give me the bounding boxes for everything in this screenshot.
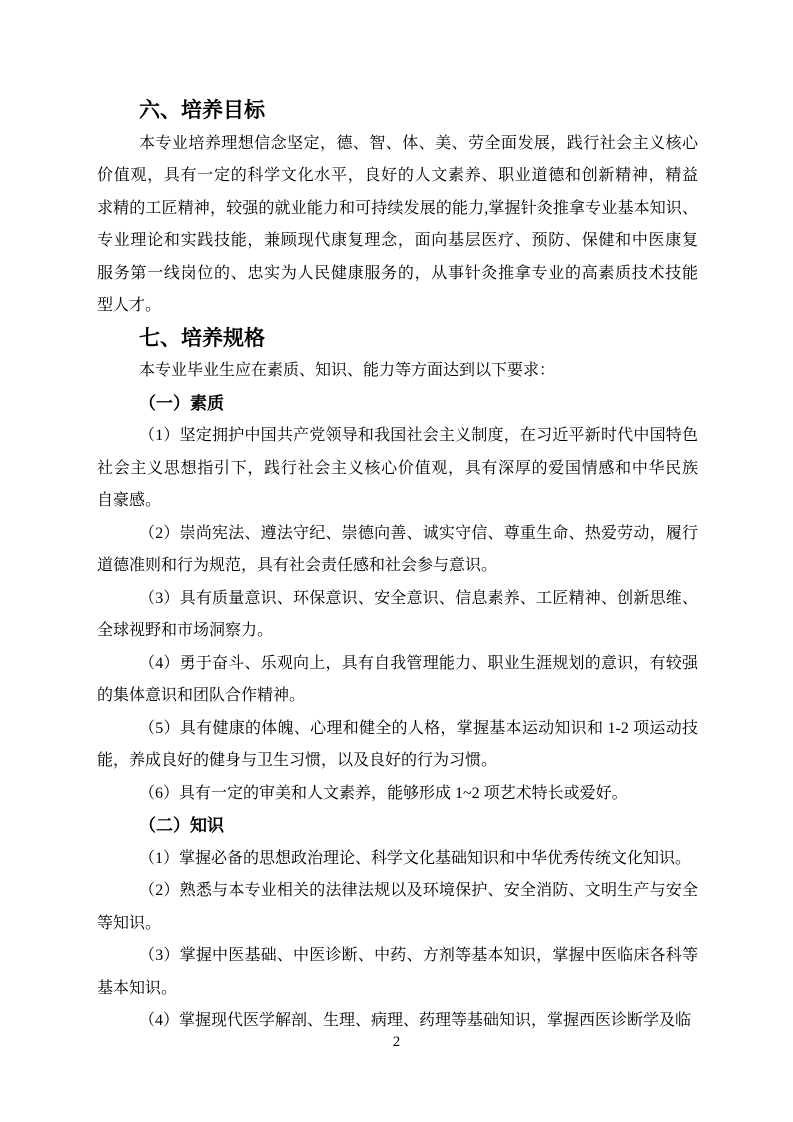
- knowledge-item-3: （3）掌握中医基础、中医诊断、中药、方剂等基本知识，掌握中医临床各科等基本知识。: [97, 940, 698, 1005]
- text-line: （6）具有一定的审美和人文素养，能够形成 1~2 项艺术特长或爱好。: [97, 778, 698, 811]
- quality-item-6: （6）具有一定的审美和人文素养，能够形成 1~2 项艺术特长或爱好。: [97, 778, 698, 811]
- text-line: 本专业毕业生应在素质、知识、能力等方面达到以下要求：: [97, 355, 698, 388]
- text-line: 社会主义思想指引下，践行社会主义核心价值观，具有深厚的爱国情感和中华民族: [97, 453, 698, 486]
- knowledge-item-1: （1）掌握必备的思想政治理论、科学文化基础知识和中华优秀传统文化知识。: [97, 843, 698, 876]
- quality-item-4: （4）勇于奋斗、乐观向上，具有自我管理能力、职业生涯规划的意识，有较强的集体意识…: [97, 648, 698, 713]
- text-line: （4）勇于奋斗、乐观向上，具有自我管理能力、职业生涯规划的意识，有较强: [97, 648, 698, 681]
- text-line: 能，养成良好的健身与卫生习惯，以及良好的行为习惯。: [97, 745, 698, 778]
- document-content: 六、培养目标 本专业培养理想信念坚定，德、智、体、美、劳全面发展，践行社会主义核…: [97, 95, 698, 1038]
- text-line: （3）具有质量意识、环保意识、安全意识、信息素养、工匠精神、创新思维、: [97, 583, 698, 616]
- text-line: 本专业培养理想信念坚定，德、智、体、美、劳全面发展，践行社会主义核心: [97, 128, 698, 161]
- quality-item-2: （2）崇尚宪法、遵法守纪、崇德向善、诚实守信、尊重生命、热爱劳动，履行道德准则和…: [97, 518, 698, 583]
- text-line: 的集体意识和团队合作精神。: [97, 680, 698, 713]
- text-line: 道德准则和行为规范，具有社会责任感和社会参与意识。: [97, 550, 698, 583]
- text-line: 专业理论和实践技能，兼顾现代康复理念，面向基层医疗、预防、保健和中医康复: [97, 225, 698, 258]
- text-line: 价值观，具有一定的科学文化水平，良好的人文素养、职业道德和创新精神，精益: [97, 160, 698, 193]
- text-line: （2）崇尚宪法、遵法守纪、崇德向善、诚实守信、尊重生命、热爱劳动，履行: [97, 518, 698, 551]
- page-number: 2: [0, 1032, 793, 1052]
- text-line: （5）具有健康的体魄、心理和健全的人格，掌握基本运动知识和 1-2 项运动技: [97, 713, 698, 746]
- paragraph-specifications-intro: 本专业毕业生应在素质、知识、能力等方面达到以下要求：: [97, 355, 698, 388]
- text-line: 基本知识。: [97, 973, 698, 1006]
- paragraph-training-objectives: 本专业培养理想信念坚定，德、智、体、美、劳全面发展，践行社会主义核心价值观，具有…: [97, 128, 698, 323]
- quality-item-1: （1）坚定拥护中国共产党领导和我国社会主义制度，在习近平新时代中国特色社会主义思…: [97, 420, 698, 518]
- text-line: 等知识。: [97, 908, 698, 941]
- text-line: 服务第一线岗位的、忠实为人民健康服务的，从事针灸推拿专业的高素质技术技能: [97, 258, 698, 291]
- quality-item-5: （5）具有健康的体魄、心理和健全的人格，掌握基本运动知识和 1-2 项运动技能，…: [97, 713, 698, 778]
- subheading-knowledge: （二）知识: [97, 810, 698, 843]
- section-heading-training-specifications: 七、培养规格: [97, 323, 698, 356]
- section-heading-training-objectives: 六、培养目标: [97, 95, 698, 128]
- text-line: （2）熟悉与本专业相关的法律法规以及环境保护、安全消防、文明生产与安全: [97, 875, 698, 908]
- knowledge-item-2: （2）熟悉与本专业相关的法律法规以及环境保护、安全消防、文明生产与安全等知识。: [97, 875, 698, 940]
- text-line: 自豪感。: [97, 485, 698, 518]
- text-line: （1）坚定拥护中国共产党领导和我国社会主义制度，在习近平新时代中国特色: [97, 420, 698, 453]
- text-line: 求精的工匠精神，较强的就业能力和可持续发展的能力,掌握针灸推拿专业基本知识、: [97, 193, 698, 226]
- quality-item-3: （3）具有质量意识、环保意识、安全意识、信息素养、工匠精神、创新思维、全球视野和…: [97, 583, 698, 648]
- text-line: 型人才。: [97, 290, 698, 323]
- subheading-quality: （一）素质: [97, 388, 698, 421]
- text-line: （1）掌握必备的思想政治理论、科学文化基础知识和中华优秀传统文化知识。: [97, 843, 698, 876]
- text-line: （3）掌握中医基础、中医诊断、中药、方剂等基本知识，掌握中医临床各科等: [97, 940, 698, 973]
- document-page: 六、培养目标 本专业培养理想信念坚定，德、智、体、美、劳全面发展，践行社会主义核…: [0, 0, 793, 1122]
- text-line: 全球视野和市场洞察力。: [97, 615, 698, 648]
